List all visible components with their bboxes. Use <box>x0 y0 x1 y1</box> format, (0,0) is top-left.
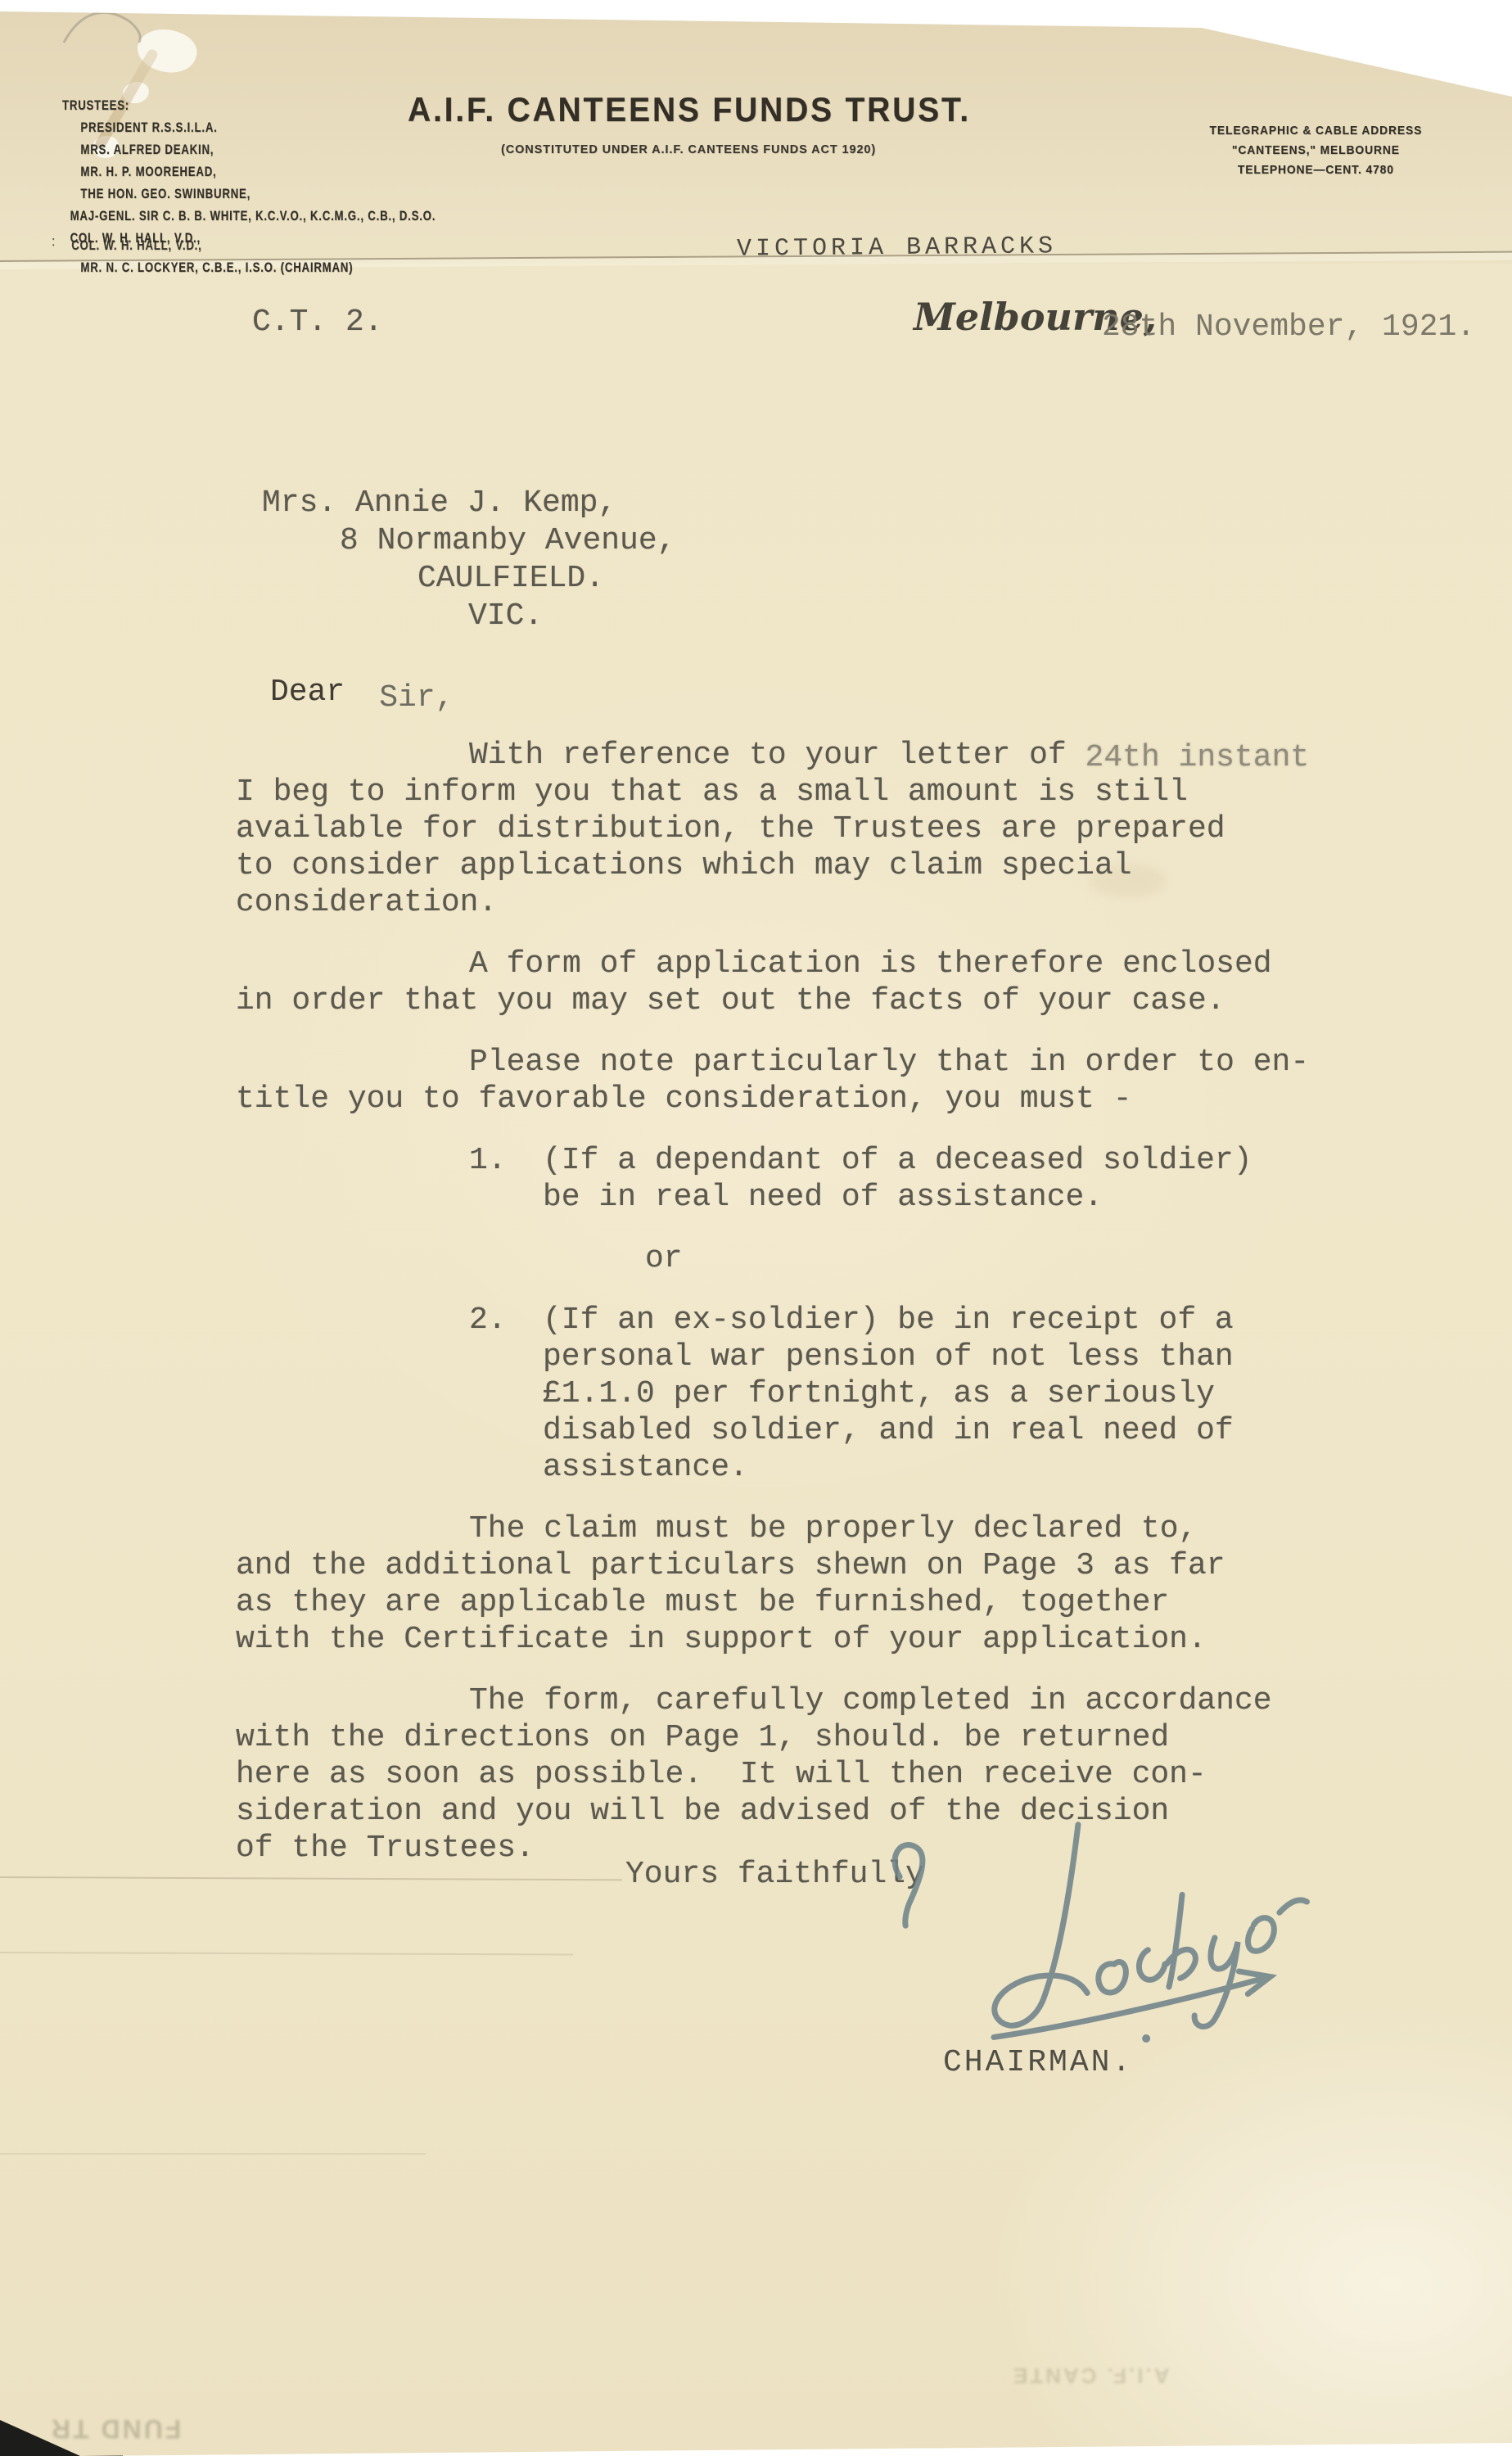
condition-1-number: 1. <box>469 1142 507 1216</box>
trustees-heading: TRUSTEES: <box>62 95 436 117</box>
paragraph-2-lines: in order that you may set out the facts … <box>236 982 1284 1019</box>
paragraph-4-lines: and the additional particulars shewn on … <box>236 1547 1284 1658</box>
paragraph-5-first: The form, carefully completed in accorda… <box>236 1682 1284 1719</box>
trustees-block: TRUSTEES: PRESIDENT R.S.S.I.L.A. MRS. AL… <box>62 95 436 279</box>
letter-body: With reference to your letter of 24th in… <box>236 737 1284 1891</box>
paragraph-3: Please note particularly that in order t… <box>236 1044 1284 1117</box>
trustee-name: THE HON. GEO. SWINBURNE, <box>62 183 436 205</box>
signatory-title: CHAIRMAN. <box>943 2045 1133 2080</box>
bleedthrough-text: A.I.F. CANTE <box>1011 2363 1169 2388</box>
cable-address-line: TELEPHONE—CENT. 4780 <box>1169 160 1463 180</box>
trustee-name-double-struck: : COL. W. H. HALL, V.D., COL. W. H. HALL… <box>62 228 436 250</box>
pencil-mark <box>57 0 156 49</box>
location-line: VICTORIA BARRACKS <box>737 233 1057 263</box>
chairman-signature <box>864 1811 1330 2072</box>
letter-date: 28th November, 1921. <box>1102 309 1475 345</box>
recipient-name: Mrs. Annie J. Kemp, <box>262 485 675 522</box>
paragraph-1: With reference to your letter of 24th in… <box>236 737 1284 921</box>
condition-2-text: (If an ex-soldier) be in receipt of a pe… <box>543 1302 1234 1486</box>
cable-address-line: TELEGRAPHIC & CABLE ADDRESS <box>1169 121 1463 141</box>
salutation: DearSir, <box>270 675 454 710</box>
or-separator: or <box>645 1240 1284 1277</box>
recipient-address: Mrs. Annie J. Kemp, 8 Normanby Avenue, C… <box>262 485 675 635</box>
trustee-name: MAJ-GENL. SIR C. B. B. WHITE, K.C.V.O., … <box>62 205 436 228</box>
recipient-suburb: CAULFIELD. <box>417 560 675 598</box>
recipient-state: VIC. <box>468 598 675 635</box>
stray-colon-mark: : <box>52 231 55 253</box>
reference-number: C.T. 2. <box>252 305 383 340</box>
organisation-title: A.I.F. CANTEENS FUNDS TRUST. <box>408 90 971 129</box>
paragraph-1-faint-date: 24th instant <box>1085 740 1310 775</box>
bleedthrough-text: FUND TR <box>49 2413 181 2444</box>
condition-1-text: (If a dependant of a deceased soldier) b… <box>543 1142 1252 1216</box>
paragraph-4: The claim must be properly declared to, … <box>236 1510 1284 1658</box>
condition-2-number: 2. <box>469 1302 507 1486</box>
trustee-name-ghost-copy: COL. W. H. HALL, V.D., <box>71 235 201 257</box>
paragraph-2-first: A form of application is therefore enclo… <box>236 946 1284 982</box>
trustee-name: MR. H. P. MOOREHEAD, <box>62 161 436 183</box>
paragraph-1-lead: With reference to your letter of <box>469 738 1085 773</box>
condition-item-2: 2. (If an ex-soldier) be in receipt of a… <box>236 1302 1284 1486</box>
fold-crease <box>0 2153 426 2155</box>
paragraph-2: A form of application is therefore enclo… <box>236 946 1284 1019</box>
recipient-street: 8 Normanby Avenue, <box>340 522 675 560</box>
salutation-printed: Dear <box>270 675 345 710</box>
salutation-typed: Sir, <box>379 680 454 716</box>
paragraph-4-first: The claim must be properly declared to, <box>236 1510 1284 1547</box>
condition-item-1: 1. (If a dependant of a deceased soldier… <box>236 1142 1284 1216</box>
trustee-name: PRESIDENT R.S.S.I.L.A. <box>62 117 436 139</box>
letter-page: TRUSTEES: PRESIDENT R.S.S.I.L.A. MRS. AL… <box>0 0 1512 2456</box>
paragraph-3-lines: title you to favorable consideration, yo… <box>236 1081 1284 1117</box>
cable-address-block: TELEGRAPHIC & CABLE ADDRESS "CANTEENS," … <box>1169 121 1463 180</box>
cable-address-line: "CANTEENS," MELBOURNE <box>1169 141 1463 160</box>
paragraph-1-lines: I beg to inform you that as a small amou… <box>236 774 1284 921</box>
fold-crease <box>0 1952 573 1955</box>
trustee-name: MRS. ALFRED DEAKIN, <box>62 139 436 161</box>
organisation-subtitle: (CONSTITUTED UNDER A.I.F. CANTEENS FUNDS… <box>501 142 876 156</box>
paragraph-3-first: Please note particularly that in order t… <box>236 1044 1284 1081</box>
